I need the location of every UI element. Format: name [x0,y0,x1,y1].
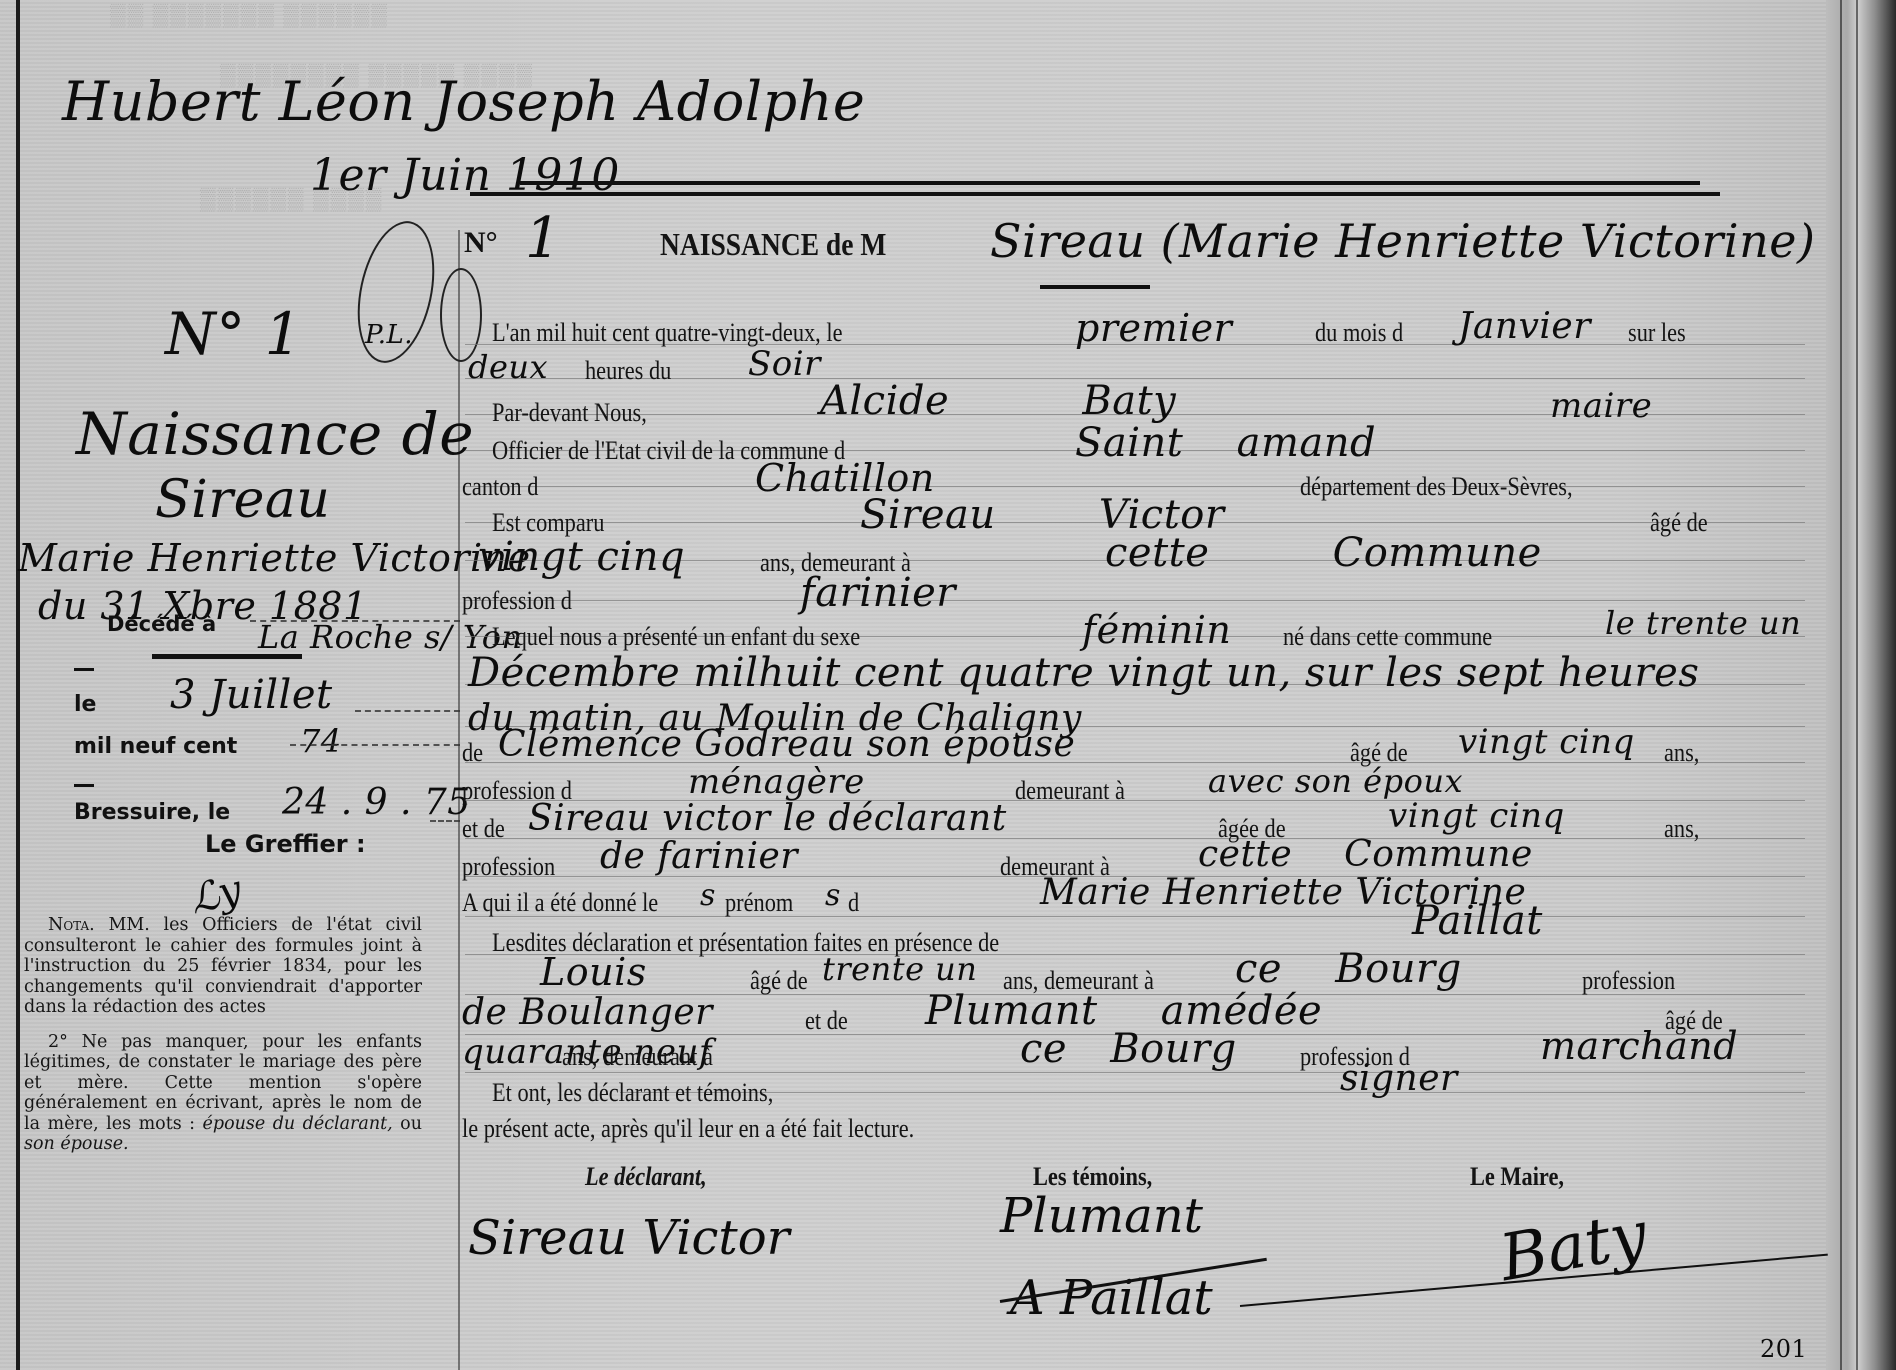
bleed-through-text: ▒▒ ▒▒▒▒▒▒▒ ▒▒▒▒▒▒ [110,2,389,28]
fill-line [290,744,460,746]
declarant-signature: Sireau Victor [468,1210,790,1266]
act-text: Lequel nous a présenté un enfant du sexe [492,622,860,652]
margin-title-line2: Sireau [155,470,330,530]
act-text: Par-devant Nous, [492,398,647,428]
ruled-line [465,486,1805,487]
act-handwritten: ce Bourg [1020,1026,1237,1072]
act-text: profession [1582,966,1675,996]
nota-or: ou [400,1114,422,1134]
heading-underline [1040,285,1150,289]
separator-bar [152,654,302,659]
act-handwritten: Louis [540,950,647,994]
act-text: profession d [462,586,572,616]
ruled-line [620,1092,1805,1093]
act-number-value: 1 [525,206,561,271]
act-handwritten: le trente un [1605,604,1801,642]
death-year-label: mil neuf cent [74,734,237,759]
act-handwritten: trente un [822,950,977,988]
act-text: ans, [1664,814,1699,844]
act-text: d [848,888,859,918]
ruled-line [465,916,1805,917]
left-margin-rule [16,0,20,1370]
book-binding-edge [1826,0,1896,1370]
act-handwritten: signer [1340,1058,1458,1099]
act-handwritten: Janvier [1458,306,1591,347]
scanned-register-page: ▒▒ ▒▒▒▒▒▒▒ ▒▒▒▒▒▒ ▒▒▒▒▒▒▒▒ ▒▒▒▒▒ ▒▒▒▒ ▒▒… [0,0,1896,1370]
fill-line [430,820,460,822]
act-handwritten: avec son époux [1208,762,1463,800]
header-rule [470,192,1720,196]
act-handwritten: maire [1550,386,1652,426]
mayor-label: Le Maire, [1470,1162,1564,1192]
act-handwritten: premier [1075,306,1232,350]
dash-mark [74,784,94,787]
act-handwritten: vingt cinq [478,534,685,580]
act-handwritten: vingt cinq [1388,796,1565,836]
act-handwritten: ce Bourg [1235,946,1462,992]
printed-nota-instructions: Nota. MM. les Officiers de l'état civil … [24,915,422,1169]
act-handwritten: s [825,878,841,913]
act-text: Et ont, les déclarant et témoins, [492,1078,773,1108]
act-text: département des Deux-Sèvres, [1300,472,1573,502]
death-year-value: 74 [300,722,342,760]
act-text: profession [462,852,555,882]
witness1-signature: Plumant [1000,1188,1203,1244]
act-heading: NAISSANCE de M [660,226,886,263]
act-handwritten: vingt cinq [1458,722,1635,762]
dash-mark [74,668,94,671]
header-rule [520,181,1700,185]
act-text: du mois d [1315,318,1403,348]
act-text: né dans cette commune [1283,622,1492,652]
act-handwritten: Paillat [1412,898,1543,944]
act-handwritten: s [700,878,716,913]
margin-given-names: Marie Henriette Victorine [18,536,531,580]
act-text: de [462,738,483,768]
deceased-label: Décédé à [107,612,216,636]
ruled-line [465,600,1805,601]
margin-initials: P.L. [365,320,413,350]
act-text: sur les [1628,318,1686,348]
act-handwritten: deux [468,348,548,386]
act-text: ans, demeurant à [562,1042,713,1072]
act-text: ans, [1664,738,1699,768]
declarant-label: Le déclarant, [585,1162,707,1192]
act-number-label: N° [464,226,498,260]
act-heading-name: Sireau (Marie Henriette Victorine) [990,214,1815,268]
place-date-label: Bressuire, le [74,800,230,825]
ruled-line [465,1072,1805,1073]
act-handwritten: Saint amand [1075,420,1376,466]
margin-act-number: N° 1 [165,300,302,368]
act-text: A qui il a été donné le [462,888,658,918]
act-text: canton d [462,472,538,502]
act-text: et de [462,814,505,844]
act-text: demeurant à [1015,776,1125,806]
act-handwritten: de Boulanger [462,992,713,1033]
act-handwritten: Clémence Godreau son épouse [498,724,1075,765]
clerk-label: Le Greffier : [205,830,366,858]
act-handwritten: cette Commune [1198,834,1533,875]
fill-line [355,710,460,712]
witness2-signature: A Paillat [1010,1270,1213,1326]
act-handwritten: farinier [800,570,956,616]
act-handwritten: féminin [1082,608,1231,652]
nota-lead: Nota. [48,915,95,935]
mention-names: Hubert Léon Joseph Adolphe [62,70,865,133]
act-text: et de [805,1006,848,1036]
act-text: le présent acte, après qu'il leur en a é… [462,1114,914,1144]
act-handwritten: Sireau victor le déclarant [528,798,1007,839]
act-handwritten: marchand [1540,1024,1738,1068]
page-number: 201 [1760,1335,1807,1363]
act-text: prénom [725,888,793,918]
issue-date: 24 . 9 . 75 [282,782,471,823]
margin-title-line1: Naissance de [76,400,474,468]
act-handwritten: Soir [748,344,821,384]
fill-line [250,620,460,622]
act-handwritten: de farinier [600,836,798,877]
act-handwritten: Décembre milhuit cent quatre vingt un, s… [468,650,1699,696]
nota-italic-2: son épouse. [24,1134,129,1154]
act-handwritten: ménagère [688,762,865,802]
death-le-label: le [74,692,96,717]
death-day-month: 3 Juillet [170,672,333,718]
nota-italic-1: épouse du déclarant, [203,1114,393,1134]
act-text: âgé de [1650,508,1708,538]
act-text: âgé de [750,966,808,996]
act-handwritten: cette Commune [1105,530,1542,576]
act-handwritten: Alcide Baty [820,378,1176,424]
act-text: heures du [585,356,671,386]
